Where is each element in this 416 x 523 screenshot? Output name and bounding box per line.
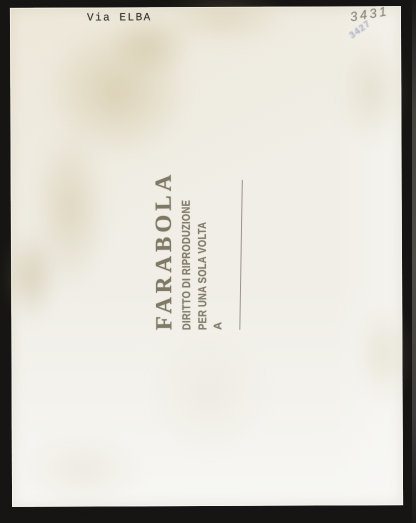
farabola-stamp-usage-line: PER UNA SOLA VOLTA bbox=[197, 200, 211, 330]
signature-line bbox=[240, 180, 243, 330]
stain-top-left bbox=[42, 21, 193, 162]
scan-edge bbox=[412, 0, 416, 523]
stain-center bbox=[146, 332, 272, 458]
stain-left-edge bbox=[3, 228, 59, 323]
stain-right-top bbox=[336, 34, 409, 149]
stain-top-center bbox=[160, 0, 290, 45]
address-stamp: Via ELBA bbox=[87, 12, 152, 24]
stain-bottom-left bbox=[20, 432, 145, 508]
farabola-agency-stamp: FARABOLA DIRITTO DI RIPRODUZIONE PER UNA… bbox=[152, 172, 241, 330]
photo-back-paper: Via ELBA 3431 3427 FARABOLA DIRITTO DI R… bbox=[10, 6, 403, 507]
stain-left-streak bbox=[30, 125, 109, 290]
farabola-stamp-name: FARABOLA bbox=[152, 172, 176, 330]
farabola-stamp-rights-line: DIRITTO DI RIPRODUZIONE bbox=[181, 200, 195, 330]
stain-right-bottom bbox=[355, 301, 413, 406]
farabola-stamp-a-label: A bbox=[213, 172, 225, 330]
